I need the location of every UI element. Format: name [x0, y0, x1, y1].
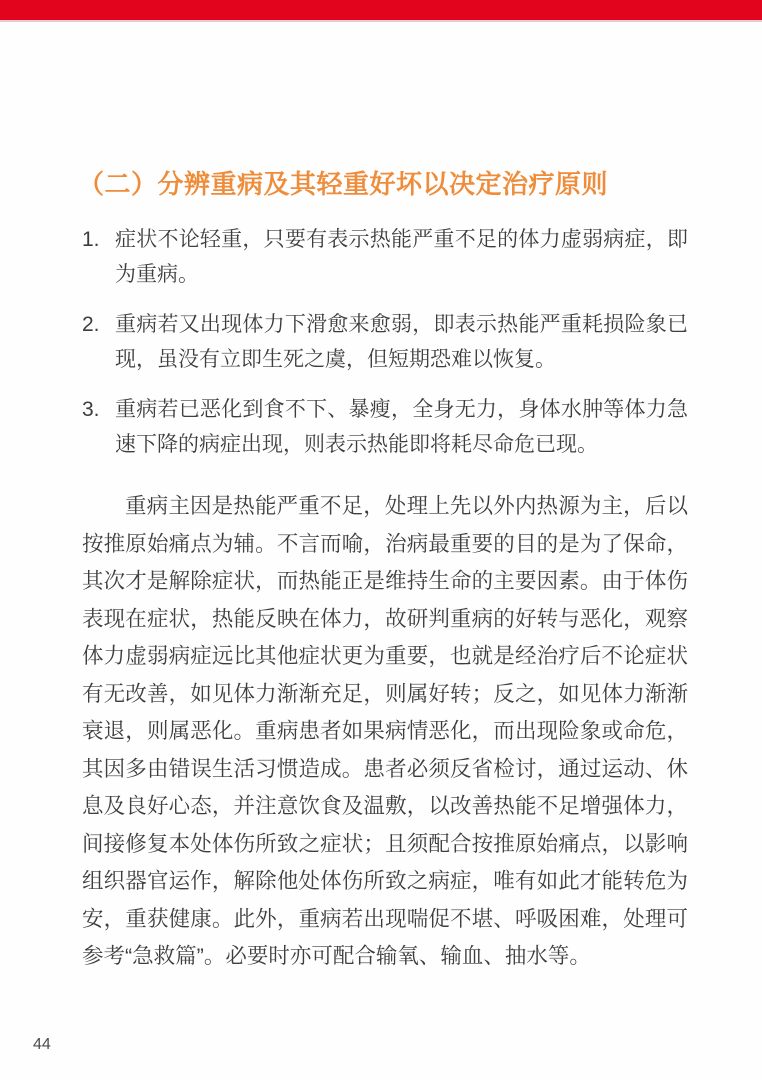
section-heading: （二）分辨重病及其轻重好坏以决定治疗原则 — [78, 168, 688, 200]
body-paragraph: 重病主因是热能严重不足，处理上先以外内热源为主，后以按推原始痛点为辅。不言而喻，… — [82, 488, 688, 976]
list-item: 2. 重病若又出现体力下滑愈来愈弱，即表示热能严重耗损险象已现，虽没有立即生死之… — [82, 307, 688, 377]
page-content: （二）分辨重病及其轻重好坏以决定治疗原则 1. 症状不论轻重，只要有表示热能严重… — [0, 168, 762, 976]
list-item: 3. 重病若已恶化到食不下、暴瘦，全身无力，身体水肿等体力急速下降的病症出现，则… — [82, 392, 688, 462]
list-item-text: 症状不论轻重，只要有表示热能严重不足的体力虚弱病症，即为重病。 — [115, 222, 688, 292]
list-item-number: 1. — [82, 222, 115, 292]
list-item-number: 3. — [82, 392, 115, 462]
list-item-text: 重病若已恶化到食不下、暴瘦，全身无力，身体水肿等体力急速下降的病症出现，则表示热… — [115, 392, 688, 462]
page-number: 44 — [33, 1036, 51, 1054]
list-item: 1. 症状不论轻重，只要有表示热能严重不足的体力虚弱病症，即为重病。 — [82, 222, 688, 292]
list-item-text: 重病若又出现体力下滑愈来愈弱，即表示热能严重耗损险象已现，虽没有立即生死之虞，但… — [115, 307, 688, 377]
list-item-number: 2. — [82, 307, 115, 377]
numbered-list: 1. 症状不论轻重，只要有表示热能严重不足的体力虚弱病症，即为重病。 2. 重病… — [82, 222, 688, 462]
top-red-bar — [0, 0, 762, 22]
